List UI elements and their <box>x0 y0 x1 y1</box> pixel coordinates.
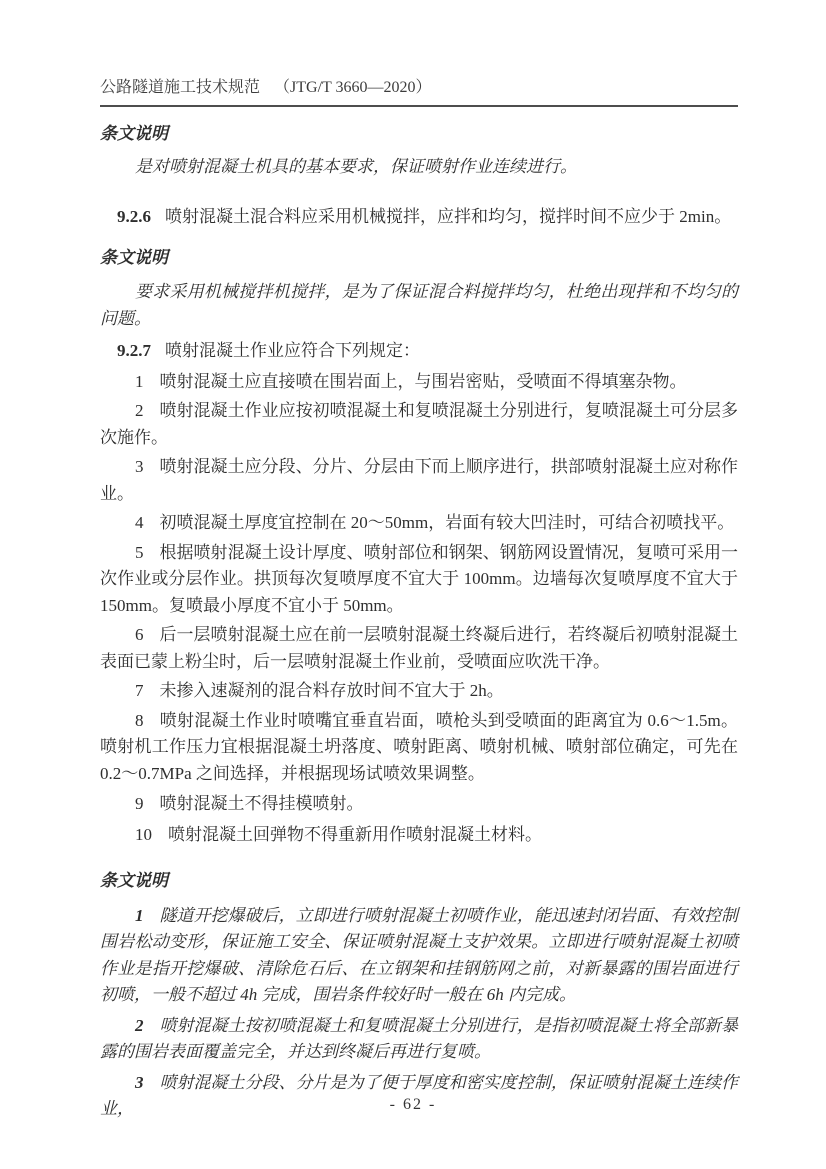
clause-9-2-7: 9.2.7喷射混凝土作业应符合下列规定： <box>100 338 738 365</box>
item-number: 3 <box>135 1073 144 1092</box>
item-number: 6 <box>135 625 144 644</box>
list-item-7: 7未掺入速凝剂的混合料存放时间不宜大于 2h。 <box>100 678 738 705</box>
item-text: 初喷混凝土厚度宜控制在 20～50mm，岩面有较大凹洼时，可结合初喷找平。 <box>160 513 735 532</box>
item-number: 1 <box>135 372 144 391</box>
running-header: 公路隧道施工技术规范（JTG/T 3660—2020） <box>100 78 738 107</box>
item-number: 2 <box>135 401 144 420</box>
note-item-1: 1隧道开挖爆破后，立即进行喷射混凝土初喷作业，能迅速封闭岩面、有效控制围岩松动变… <box>100 903 738 1009</box>
clause-text: 喷射混凝土作业应符合下列规定： <box>165 341 420 360</box>
item-number: 1 <box>135 906 144 925</box>
item-text: 喷射混凝土不得挂模喷射。 <box>160 794 364 813</box>
clause-9-2-6: 9.2.6喷射混凝土混合料应采用机械搅拌，应拌和均匀，搅拌时间不应少于 2min… <box>100 204 738 231</box>
item-text: 喷射混凝土应分段、分片、分层由下而上顺序进行，拱部喷射混凝土应对称作业。 <box>100 457 738 503</box>
list-item-4: 4初喷混凝土厚度宜控制在 20～50mm，岩面有较大凹洼时，可结合初喷找平。 <box>100 510 738 537</box>
item-number: 2 <box>135 1016 144 1035</box>
item-text: 喷射混凝土应直接喷在围岩面上，与围岩密贴，受喷面不得填塞杂物。 <box>160 372 687 391</box>
list-item-6: 6后一层喷射混凝土应在前一层喷射混凝土终凝后进行，若终凝后初喷射混凝土表面已蒙上… <box>100 622 738 675</box>
item-text: 未掺入速凝剂的混合料存放时间不宜大于 2h。 <box>160 681 504 700</box>
note-heading: 条文说明 <box>100 868 738 895</box>
item-text: 喷射混凝土按初喷混凝土和复喷混凝土分别进行，是指初喷混凝土将全部新暴露的围岩表面… <box>100 1016 738 1062</box>
item-text: 隧道开挖爆破后，立即进行喷射混凝土初喷作业，能迅速封闭岩面、有效控制围岩松动变形… <box>100 906 738 1005</box>
spec-code: （JTG/T 3660—2020） <box>274 79 432 96</box>
page-content: 公路隧道施工技术规范（JTG/T 3660—2020） 条文说明 是对喷射混凝土… <box>100 78 738 1123</box>
clause-number: 9.2.6 <box>117 207 151 226</box>
item-text: 喷射混凝土作业应按初喷混凝土和复喷混凝土分别进行，复喷混凝土可分层多次施作。 <box>100 401 738 447</box>
item-number: 7 <box>135 681 144 700</box>
clause-text: 喷射混凝土混合料应采用机械搅拌，应拌和均匀，搅拌时间不应少于 2min。 <box>165 207 731 226</box>
item-number: 3 <box>135 457 144 476</box>
list-item-2: 2喷射混凝土作业应按初喷混凝土和复喷混凝土分别进行，复喷混凝土可分层多次施作。 <box>100 398 738 451</box>
list-item-3: 3喷射混凝土应分段、分片、分层由下而上顺序进行，拱部喷射混凝土应对称作业。 <box>100 454 738 507</box>
clause-number: 9.2.7 <box>117 341 151 360</box>
list-item-5: 5根据喷射混凝土设计厚度、喷射部位和钢架、钢筋网设置情况，复喷可采用一次作业或分… <box>100 540 738 620</box>
item-text: 后一层喷射混凝土应在前一层喷射混凝土终凝后进行，若终凝后初喷射混凝土表面已蒙上粉… <box>100 625 738 671</box>
note-heading: 条文说明 <box>100 245 738 272</box>
item-number: 4 <box>135 513 144 532</box>
list-item-8: 8喷射混凝土作业时喷嘴宜垂直岩面，喷枪头到受喷面的距离宜为 0.6～1.5m。喷… <box>100 708 738 788</box>
spec-title: 公路隧道施工技术规范 <box>100 79 260 96</box>
item-number: 5 <box>135 543 144 562</box>
body-text: 条文说明 是对喷射混凝土机具的基本要求，保证喷射作业连续进行。 9.2.6喷射混… <box>100 107 738 1123</box>
list-item-10: 10喷射混凝土回弹物不得重新用作喷射混凝土材料。 <box>100 822 738 849</box>
list-item-1: 1喷射混凝土应直接喷在围岩面上，与围岩密贴，受喷面不得填塞杂物。 <box>100 369 738 396</box>
item-number: 8 <box>135 711 144 730</box>
item-text: 根据喷射混凝土设计厚度、喷射部位和钢架、钢筋网设置情况，复喷可采用一次作业或分层… <box>100 543 738 615</box>
note-paragraph: 要求采用机械搅拌机搅拌，是为了保证混合料搅拌均匀，杜绝出现拌和不均匀的问题。 <box>100 279 738 332</box>
item-number: 9 <box>135 794 144 813</box>
page-number: - 62 - <box>0 1096 826 1114</box>
note-item-2: 2喷射混凝土按初喷混凝土和复喷混凝土分别进行，是指初喷混凝土将全部新暴露的围岩表… <box>100 1013 738 1066</box>
item-number: 10 <box>135 825 152 844</box>
item-text: 喷射混凝土作业时喷嘴宜垂直岩面，喷枪头到受喷面的距离宜为 0.6～1.5m。喷射… <box>100 711 738 783</box>
note-paragraph: 是对喷射混凝土机具的基本要求，保证喷射作业连续进行。 <box>100 154 738 181</box>
note-heading: 条文说明 <box>100 121 738 148</box>
document-page: 公路隧道施工技术规范（JTG/T 3660—2020） 条文说明 是对喷射混凝土… <box>0 0 826 1169</box>
item-text: 喷射混凝土回弹物不得重新用作喷射混凝土材料。 <box>168 825 542 844</box>
list-item-9: 9喷射混凝土不得挂模喷射。 <box>100 791 738 818</box>
